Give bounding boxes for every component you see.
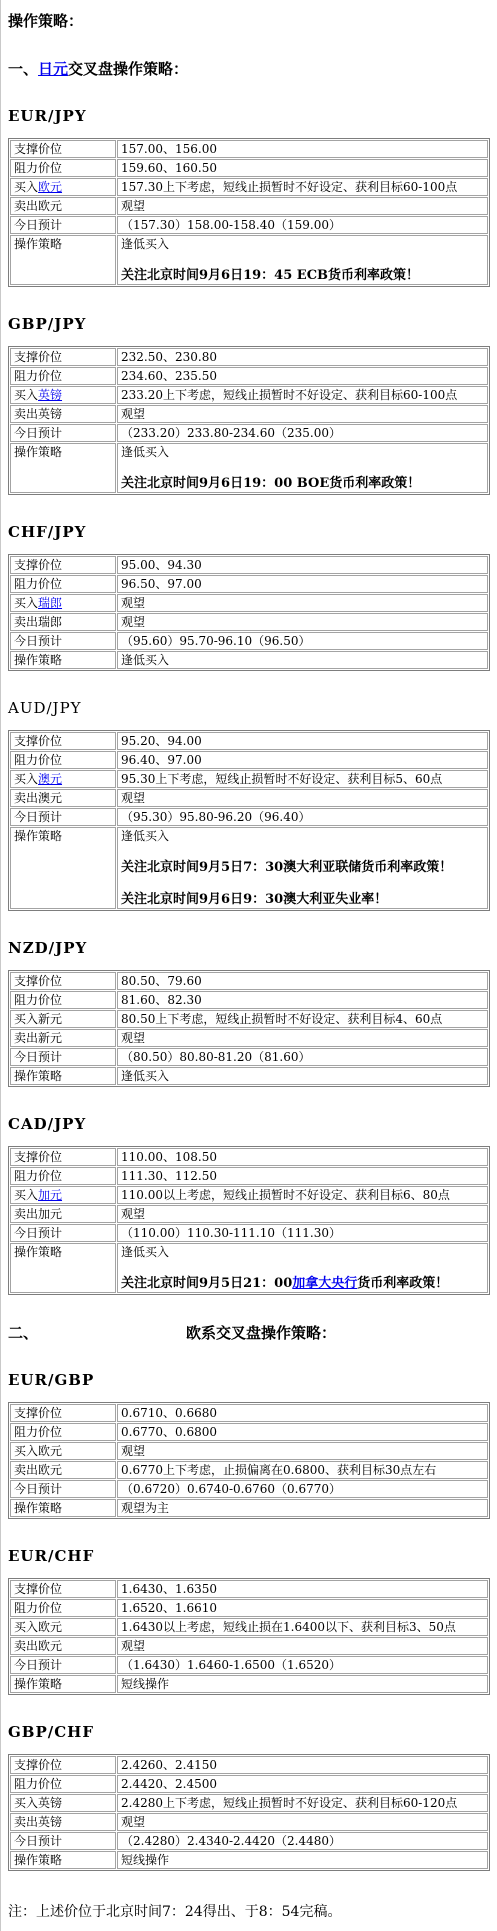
text: 110.00以上考虑，短线止损暂时不好设定、获利目标6、80点: [121, 1188, 450, 1202]
text: 买入: [14, 1188, 38, 1202]
text: 阻力价位: [14, 1601, 62, 1615]
text: 2.4420、2.4500: [121, 1777, 217, 1791]
text: 操作策略: [14, 1501, 62, 1515]
note-spacer: [121, 844, 484, 860]
chf-link[interactable]: 瑞郎: [38, 596, 62, 610]
pair-title-aud-jpy: AUD/JPY: [8, 699, 489, 717]
text: 今日预计: [14, 218, 62, 232]
row-label-cell: 买入瑞郎: [10, 594, 116, 612]
text: 操作策略: [14, 237, 62, 251]
text: （1.6430）1.6460-1.6500（1.6520）: [121, 1658, 341, 1672]
row-label-cell: 买入欧元: [10, 178, 116, 196]
table-row: 今日预计（233.20）233.80-234.60（235.00）: [10, 424, 488, 442]
row-label-cell: 今日预计: [10, 1656, 116, 1674]
row-value-text: 111.30、112.50: [121, 1168, 484, 1184]
table-row: 卖出英镑观望: [10, 1813, 488, 1831]
text: 逢低买入: [121, 237, 169, 251]
table-row: 阻力价位159.60、160.50: [10, 159, 488, 177]
text: 支撑价位: [14, 974, 62, 988]
row-value-text: 157.00、156.00: [121, 141, 484, 157]
text: 操作策略: [14, 829, 62, 843]
text: 2.4280上下考虑，短线止损暂时不好设定、获利目标60-120点: [121, 1796, 457, 1810]
text: 阻力价位: [14, 1777, 62, 1791]
text: 观望为主: [121, 1501, 169, 1515]
row-value-text: 0.6770、0.6800: [121, 1424, 484, 1440]
row-label-cell: 今日预计: [10, 1224, 116, 1242]
text: 操作策略: [14, 1069, 62, 1083]
text: 逢低买入: [121, 1245, 169, 1259]
table-row: 卖出澳元观望: [10, 789, 488, 807]
text: 233.20上下考虑，短线止损暂时不好设定、获利目标60-100点: [121, 388, 457, 402]
row-label-cell: 卖出欧元: [10, 1461, 116, 1479]
table-row: 卖出英镑观望: [10, 405, 488, 423]
row-value-text: （95.60）95.70-96.10（96.50）: [121, 633, 484, 649]
text: 234.60、235.50: [121, 369, 217, 383]
row-label-cell: 操作策略: [10, 1499, 116, 1517]
row-label-cell: 卖出澳元: [10, 789, 116, 807]
text: 卖出英镑: [14, 1815, 62, 1829]
row-label-cell: 支撑价位: [10, 972, 116, 990]
row-label-cell: 买入英镑: [10, 1794, 116, 1812]
table-row: 操作策略逢低买入关注北京时间9月6日19：00 BOE货币利率政策！: [10, 443, 488, 493]
row-value-text: 95.20、94.00: [121, 733, 484, 749]
pair-title-nzd-jpy: NZD/JPY: [8, 939, 489, 957]
row-value-cell: （95.30）95.80-96.20（96.40）: [117, 808, 488, 826]
text: 操作策略: [14, 1853, 62, 1867]
row-value-text: 2.4420、2.4500: [121, 1776, 484, 1792]
strategy-table-gbp-jpy: 支撑价位232.50、230.80阻力价位234.60、235.50买入英镑23…: [8, 346, 490, 495]
text: 232.50、230.80: [121, 350, 217, 364]
pair-title-cad-jpy: CAD/JPY: [8, 1115, 489, 1133]
text: 支撑价位: [14, 350, 62, 364]
row-label-cell: 今日预计: [10, 1048, 116, 1066]
cad-link[interactable]: 加元: [38, 1188, 62, 1202]
row-value-cell: 观望: [117, 405, 488, 423]
text: 卖出澳元: [14, 791, 62, 805]
table-row: 支撑价位95.00、94.30: [10, 556, 488, 574]
row-value-cell: （233.20）233.80-234.60（235.00）: [117, 424, 488, 442]
row-value-cell: 233.20上下考虑，短线止损暂时不好设定、获利目标60-100点: [117, 386, 488, 404]
table-row: 操作策略逢低买入: [10, 651, 488, 669]
text: （80.50）80.80-81.20（81.60）: [121, 1050, 310, 1064]
row-value-cell: 0.6710、0.6680: [117, 1404, 488, 1422]
row-value-text: 逢低买入: [121, 1068, 484, 1084]
text: （95.60）95.70-96.10（96.50）: [121, 634, 310, 648]
row-value-text: 逢低买入: [121, 652, 484, 668]
text: 95.30上下考虑，短线止损暂时不好设定、获利目标5、60点: [121, 772, 442, 786]
row-value-cell: 80.50、79.60: [117, 972, 488, 990]
note-spacer: [121, 1260, 484, 1276]
text: 观望: [121, 407, 145, 421]
strategy-table-aud-jpy: 支撑价位95.20、94.00阻力价位96.40、97.00买入澳元95.30上…: [8, 730, 490, 911]
row-label-cell: 买入澳元: [10, 770, 116, 788]
row-value-cell: 95.00、94.30: [117, 556, 488, 574]
strategy-table-nzd-jpy: 支撑价位80.50、79.60阻力价位81.60、82.30买入新元80.50上…: [8, 970, 490, 1087]
row-label-cell: 卖出瑞郎: [10, 613, 116, 631]
text: 1.6430以上考虑，短线止损在1.6400以下、获利目标3、50点: [121, 1620, 456, 1634]
row-label-cell: 今日预计: [10, 1480, 116, 1498]
table-row: 支撑价位2.4260、2.4150: [10, 1756, 488, 1774]
pair-title-chf-jpy: CHF/JPY: [8, 523, 489, 541]
row-value-text: 96.40、97.00: [121, 752, 484, 768]
row-value-cell: 逢低买入关注北京时间9月6日19：45 ECB货币利率政策！: [117, 235, 488, 285]
text: 支撑价位: [14, 1758, 62, 1772]
row-label-cell: 操作策略: [10, 1851, 116, 1869]
row-value-cell: 157.30上下考虑，短线止损暂时不好设定、获利目标60-100点: [117, 178, 488, 196]
row-label-cell: 操作策略: [10, 827, 116, 909]
row-label-cell: 支撑价位: [10, 348, 116, 366]
row-value-cell: （80.50）80.80-81.20（81.60）: [117, 1048, 488, 1066]
row-value-text: 110.00、108.50: [121, 1149, 484, 1165]
pair-title-eur-gbp: EUR/GBP: [8, 1371, 489, 1389]
text: （2.4280）2.4340-2.4420（2.4480）: [121, 1834, 341, 1848]
text: 阻力价位: [14, 753, 62, 767]
gbp-link[interactable]: 英镑: [38, 388, 62, 402]
row-value-cell: 逢低买入: [117, 651, 488, 669]
text: 今日预计: [14, 1834, 62, 1848]
text: （157.30）158.00-158.40（159.00）: [121, 218, 341, 232]
row-label-cell: 支撑价位: [10, 732, 116, 750]
pair-title-gbp-chf: GBP/CHF: [8, 1723, 489, 1741]
row-value-cell: 1.6430以上考虑，短线止损在1.6400以下、获利目标3、50点: [117, 1618, 488, 1636]
aud-link[interactable]: 澳元: [38, 772, 62, 786]
text: 0.6770上下考虑，止损偏离在0.6800、获利目标30点左右: [121, 1463, 436, 1477]
row-label-cell: 今日预计: [10, 632, 116, 650]
row-value-text: 1.6430以上考虑，短线止损在1.6400以下、获利目标3、50点: [121, 1619, 484, 1635]
row-label-cell: 买入英镑: [10, 386, 116, 404]
row-label-cell: 阻力价位: [10, 991, 116, 1009]
text: 买入欧元: [14, 1444, 62, 1458]
text: 阻力价位: [14, 369, 62, 383]
row-value-cell: 0.6770、0.6800: [117, 1423, 488, 1441]
strategy-table-gbp-chf: 支撑价位2.4260、2.4150阻力价位2.4420、2.4500买入英镑2.…: [8, 1754, 490, 1871]
row-label-cell: 卖出新元: [10, 1029, 116, 1047]
text: 今日预计: [14, 426, 62, 440]
row-label-cell: 卖出加元: [10, 1205, 116, 1223]
row-value-text: 短线操作: [121, 1852, 484, 1868]
table-row: 支撑价位110.00、108.50: [10, 1148, 488, 1166]
sections-container: 一、日元交叉盘操作策略：EUR/JPY支撑价位157.00、156.00阻力价位…: [8, 58, 489, 1871]
text: 二、: [8, 1324, 38, 1342]
row-value-cell: 短线操作: [117, 1851, 488, 1869]
row-value-text: 短线操作: [121, 1676, 484, 1692]
row-value-cell: 110.00、108.50: [117, 1148, 488, 1166]
text: 96.40、97.00: [121, 753, 202, 767]
row-value-cell: 逢低买入关注北京时间9月5日7：30澳大利亚联储货币利率政策！关注北京时间9月6…: [117, 827, 488, 909]
note-spacer: [121, 876, 484, 892]
row-value-cell: 观望: [117, 789, 488, 807]
row-label-cell: 阻力价位: [10, 1167, 116, 1185]
text: 观望: [121, 791, 145, 805]
row-value-cell: 观望为主: [117, 1499, 488, 1517]
row-label-cell: 阻力价位: [10, 1423, 116, 1441]
section-heading-1: 一、日元交叉盘操作策略：: [8, 58, 489, 79]
row-label-cell: 支撑价位: [10, 556, 116, 574]
row-value-text: （2.4280）2.4340-2.4420（2.4480）: [121, 1833, 484, 1849]
row-value-cell: （110.00）110.30-111.10（111.30）: [117, 1224, 488, 1242]
pair-title-gbp-jpy: GBP/JPY: [8, 315, 489, 333]
row-value-text: 观望: [121, 1638, 484, 1654]
row-value-cell: 观望: [117, 197, 488, 215]
row-value-cell: （0.6720）0.6740-0.6760（0.6770）: [117, 1480, 488, 1498]
table-row: 买入英镑2.4280上下考虑，短线止损暂时不好设定、获利目标60-120点: [10, 1794, 488, 1812]
strategy-table-eur-jpy: 支撑价位157.00、156.00阻力价位159.60、160.50买入欧元15…: [8, 138, 490, 287]
row-value-text: （110.00）110.30-111.10（111.30）: [121, 1225, 484, 1241]
row-value-text: 95.00、94.30: [121, 557, 484, 573]
row-value-text: 1.6520、1.6610: [121, 1600, 484, 1616]
text: 157.30上下考虑，短线止损暂时不好设定、获利目标60-100点: [121, 180, 457, 194]
text: （95.30）95.80-96.20（96.40）: [121, 810, 310, 824]
row-value-cell: 观望: [117, 1442, 488, 1460]
table-row: 今日预计（95.30）95.80-96.20（96.40）: [10, 808, 488, 826]
text: 今日预计: [14, 1482, 62, 1496]
table-row: 卖出欧元0.6770上下考虑，止损偏离在0.6800、获利目标30点左右: [10, 1461, 488, 1479]
row-value-cell: 逢低买入: [117, 1067, 488, 1085]
row-label-cell: 阻力价位: [10, 159, 116, 177]
text: 买入新元: [14, 1012, 62, 1026]
row-value-cell: 1.6520、1.6610: [117, 1599, 488, 1617]
row-value-text: 110.00以上考虑，短线止损暂时不好设定、获利目标6、80点: [121, 1187, 484, 1203]
row-label-cell: 阻力价位: [10, 575, 116, 593]
row-value-cell: 2.4420、2.4500: [117, 1775, 488, 1793]
row-value-text: 逢低买入: [121, 1244, 484, 1260]
row-label-cell: 买入欧元: [10, 1442, 116, 1460]
text: 0.6770、0.6800: [121, 1425, 217, 1439]
text: 操作策略: [14, 653, 62, 667]
row-value-text: 观望: [121, 790, 484, 806]
text: 80.50上下考虑，短线止损暂时不好设定、获利目标4、60点: [121, 1012, 442, 1026]
row-label-cell: 支撑价位: [10, 1580, 116, 1598]
table-row: 买入加元110.00以上考虑，短线止损暂时不好设定、获利目标6、80点: [10, 1186, 488, 1204]
text: （233.20）233.80-234.60（235.00）: [121, 426, 341, 440]
row-label-cell: 支撑价位: [10, 1148, 116, 1166]
table-row: 支撑价位80.50、79.60: [10, 972, 488, 990]
row-value-cell: 1.6430、1.6350: [117, 1580, 488, 1598]
row-label-cell: 买入欧元: [10, 1618, 116, 1636]
row-label-cell: 支撑价位: [10, 1404, 116, 1422]
strategy-table-eur-chf: 支撑价位1.6430、1.6350阻力价位1.6520、1.6610买入欧元1.…: [8, 1578, 490, 1695]
row-label-cell: 买入新元: [10, 1010, 116, 1028]
table-row: 今日预计（80.50）80.80-81.20（81.60）: [10, 1048, 488, 1066]
table-row: 卖出新元观望: [10, 1029, 488, 1047]
text: 欧系交叉盘操作策略：: [186, 1324, 336, 1342]
text: 今日预计: [14, 1226, 62, 1240]
text: 157.00、156.00: [121, 142, 217, 156]
row-value-text: 观望: [121, 614, 484, 630]
strategy-note: 关注北京时间9月6日19：45 ECB货币利率政策！: [121, 268, 484, 284]
text: 卖出欧元: [14, 1639, 62, 1653]
eur-link[interactable]: 欧元: [38, 180, 62, 194]
row-value-text: 观望: [121, 406, 484, 422]
row-value-cell: 观望: [117, 594, 488, 612]
row-value-text: 逢低买入: [121, 444, 484, 460]
row-value-text: 233.20上下考虑，短线止损暂时不好设定、获利目标60-100点: [121, 387, 484, 403]
text: 卖出瑞郎: [14, 615, 62, 629]
table-row: 卖出欧元观望: [10, 197, 488, 215]
text: 111.30、112.50: [121, 1169, 217, 1183]
row-value-cell: （157.30）158.00-158.40（159.00）: [117, 216, 488, 234]
strategy-table-eur-gbp: 支撑价位0.6710、0.6680阻力价位0.6770、0.6800买入欧元观望…: [8, 1402, 490, 1519]
row-value-text: 232.50、230.80: [121, 349, 484, 365]
text: 短线操作: [121, 1853, 169, 1867]
table-row: 支撑价位232.50、230.80: [10, 348, 488, 366]
table-row: 买入英镑233.20上下考虑，短线止损暂时不好设定、获利目标60-100点: [10, 386, 488, 404]
row-value-cell: 逢低买入关注北京时间9月6日19：00 BOE货币利率政策！: [117, 443, 488, 493]
row-value-cell: 短线操作: [117, 1675, 488, 1693]
row-value-text: 观望: [121, 1030, 484, 1046]
row-value-text: 234.60、235.50: [121, 368, 484, 384]
footer-note: 注：上述价位于北京时间7：24得出、于8：54完稿。: [8, 1901, 489, 1921]
text: 95.20、94.00: [121, 734, 202, 748]
text: 买入欧元: [14, 1620, 62, 1634]
row-value-text: 逢低买入: [121, 828, 484, 844]
table-row: 买入欧元157.30上下考虑，短线止损暂时不好设定、获利目标60-100点: [10, 178, 488, 196]
row-value-cell: 0.6770上下考虑，止损偏离在0.6800、获利目标30点左右: [117, 1461, 488, 1479]
strategy-note: 关注北京时间9月6日9：30澳大利亚失业率！: [121, 892, 484, 908]
table-row: 今日预计（110.00）110.30-111.10（111.30）: [10, 1224, 488, 1242]
text: （110.00）110.30-111.10（111.30）: [121, 1226, 341, 1240]
text: 操作策略: [14, 1677, 62, 1691]
table-row: 卖出加元观望: [10, 1205, 488, 1223]
row-value-text: 2.4280上下考虑，短线止损暂时不好设定、获利目标60-120点: [121, 1795, 484, 1811]
text: 2.4260、2.4150: [121, 1758, 217, 1772]
table-row: 支撑价位95.20、94.00: [10, 732, 488, 750]
text: 关注北京时间9月6日19：45 ECB货币利率政策！: [121, 268, 419, 283]
row-value-cell: 159.60、160.50: [117, 159, 488, 177]
row-value-cell: 157.00、156.00: [117, 140, 488, 158]
row-label-cell: 支撑价位: [10, 140, 116, 158]
row-label-cell: 阻力价位: [10, 1599, 116, 1617]
text: 95.00、94.30: [121, 558, 202, 572]
row-value-cell: 232.50、230.80: [117, 348, 488, 366]
text: 卖出欧元: [14, 199, 62, 213]
table-row: 支撑价位157.00、156.00: [10, 140, 488, 158]
table-row: 操作策略观望为主: [10, 1499, 488, 1517]
text: 观望: [121, 615, 145, 629]
row-label-cell: 支撑价位: [10, 1756, 116, 1774]
table-row: 买入澳元95.30上下考虑，短线止损暂时不好设定、获利目标5、60点: [10, 770, 488, 788]
pair-title-eur-chf: EUR/CHF: [8, 1547, 489, 1565]
page-title: 操作策略：: [8, 10, 489, 31]
text: 观望: [121, 1639, 145, 1653]
text: 今日预计: [14, 1658, 62, 1672]
text: 0.6710、0.6680: [121, 1406, 217, 1420]
row-value-text: 81.60、82.30: [121, 992, 484, 1008]
text: 卖出加元: [14, 1207, 62, 1221]
table-row: 买入欧元观望: [10, 1442, 488, 1460]
text: 阻力价位: [14, 1425, 62, 1439]
row-value-text: 96.50、97.00: [121, 576, 484, 592]
row-label-cell: 今日预计: [10, 424, 116, 442]
strategy-table-cad-jpy: 支撑价位110.00、108.50阻力价位111.30、112.50买入加元11…: [8, 1146, 490, 1295]
row-value-cell: 2.4260、2.4150: [117, 1756, 488, 1774]
row-value-text: （233.20）233.80-234.60（235.00）: [121, 425, 484, 441]
strategy-note: 关注北京时间9月5日21：00加拿大央行货币利率政策！: [121, 1276, 484, 1292]
text: 阻力价位: [14, 161, 62, 175]
row-value-text: 80.50上下考虑，短线止损暂时不好设定、获利目标4、60点: [121, 1011, 484, 1027]
text: 1.6520、1.6610: [121, 1601, 217, 1615]
table-row: 支撑价位1.6430、1.6350: [10, 1580, 488, 1598]
text: 支撑价位: [14, 142, 62, 156]
text: （0.6720）0.6740-0.6760（0.6770）: [121, 1482, 341, 1496]
table-row: 今日预计（1.6430）1.6460-1.6500（1.6520）: [10, 1656, 488, 1674]
text: 110.00、108.50: [121, 1150, 217, 1164]
row-label-cell: 操作策略: [10, 235, 116, 285]
text: 操作策略: [14, 1245, 62, 1259]
text: 操作策略: [14, 445, 62, 459]
table-row: 阻力价位1.6520、1.6610: [10, 1599, 488, 1617]
text: 支撑价位: [14, 734, 62, 748]
row-label-cell: 卖出英镑: [10, 1813, 116, 1831]
text: 短线操作: [121, 1677, 169, 1691]
row-label-cell: 阻力价位: [10, 1775, 116, 1793]
table-row: 支撑价位0.6710、0.6680: [10, 1404, 488, 1422]
table-row: 买入欧元1.6430以上考虑，短线止损在1.6400以下、获利目标3、50点: [10, 1618, 488, 1636]
row-value-text: 观望为主: [121, 1500, 484, 1516]
table-row: 今日预计（0.6720）0.6740-0.6760（0.6770）: [10, 1480, 488, 1498]
text: 支撑价位: [14, 1582, 62, 1596]
row-value-text: 观望: [121, 1814, 484, 1830]
text: 买入英镑: [14, 1796, 62, 1810]
row-value-cell: （1.6430）1.6460-1.6500（1.6520）: [117, 1656, 488, 1674]
row-value-cell: 234.60、235.50: [117, 367, 488, 385]
row-value-text: （0.6720）0.6740-0.6760（0.6770）: [121, 1481, 484, 1497]
row-label-cell: 买入加元: [10, 1186, 116, 1204]
pair-title-eur-jpy: EUR/JPY: [8, 107, 489, 125]
text: 80.50、79.60: [121, 974, 202, 988]
text: 买入: [14, 772, 38, 786]
text: 观望: [121, 1444, 145, 1458]
text: 阻力价位: [14, 577, 62, 591]
table-row: 操作策略短线操作: [10, 1675, 488, 1693]
note-spacer: [121, 252, 484, 268]
row-value-text: 1.6430、1.6350: [121, 1581, 484, 1597]
row-value-cell: 逢低买入关注北京时间9月5日21：00加拿大央行货币利率政策！: [117, 1243, 488, 1293]
row-label-cell: 操作策略: [10, 1067, 116, 1085]
table-row: 操作策略逢低买入关注北京时间9月5日7：30澳大利亚联储货币利率政策！关注北京时…: [10, 827, 488, 909]
row-value-cell: 96.50、97.00: [117, 575, 488, 593]
table-row: 阻力价位96.40、97.00: [10, 751, 488, 769]
text: 买入: [14, 180, 38, 194]
text: 逢低买入: [121, 1069, 169, 1083]
row-value-text: 95.30上下考虑，短线止损暂时不好设定、获利目标5、60点: [121, 771, 484, 787]
text: 观望: [121, 1815, 145, 1829]
row-label-cell: 操作策略: [10, 1675, 116, 1693]
boc-link[interactable]: 加拿大央行: [292, 1276, 357, 1291]
row-label-cell: 卖出欧元: [10, 1637, 116, 1655]
text: 卖出英镑: [14, 407, 62, 421]
strategy-note: 关注北京时间9月5日7：30澳大利亚联储货币利率政策！: [121, 860, 484, 876]
row-value-cell: 观望: [117, 613, 488, 631]
text: 买入: [14, 596, 38, 610]
row-label-cell: 卖出欧元: [10, 197, 116, 215]
row-value-cell: 95.30上下考虑，短线止损暂时不好设定、获利目标5、60点: [117, 770, 488, 788]
text: 关注北京时间9月6日9：30澳大利亚失业率！: [121, 892, 387, 907]
text: 支撑价位: [14, 1150, 62, 1164]
row-value-cell: 95.20、94.00: [117, 732, 488, 750]
row-label-cell: 操作策略: [10, 651, 116, 669]
jpy-link[interactable]: 日元: [38, 60, 68, 78]
text: 1.6430、1.6350: [121, 1582, 217, 1596]
text: 关注北京时间9月5日21：00: [121, 1276, 292, 1291]
strategy-table-chf-jpy: 支撑价位95.00、94.30阻力价位96.50、97.00买入瑞郎观望卖出瑞郎…: [8, 554, 490, 671]
table-row: 阻力价位234.60、235.50: [10, 367, 488, 385]
table-row: 卖出欧元观望: [10, 1637, 488, 1655]
table-row: 操作策略短线操作: [10, 1851, 488, 1869]
text: 阻力价位: [14, 993, 62, 1007]
text: 今日预计: [14, 634, 62, 648]
row-value-cell: 观望: [117, 1205, 488, 1223]
